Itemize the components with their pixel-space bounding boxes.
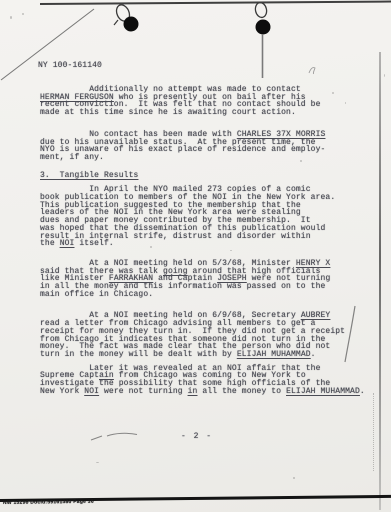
scan-speck	[332, 92, 334, 94]
scan-speck	[384, 74, 385, 77]
paragraph-supreme-captain: Later it was revealed at an NOI affair t…	[40, 365, 376, 396]
punch-hole-right-icon	[256, 20, 271, 35]
paragraph-comic-book: In April the NYO mailed 273 copies of a …	[40, 186, 376, 248]
paragraph-contact-ferguson: Additionally no attempt was made to cont…	[40, 86, 376, 117]
edge-tick-marks	[373, 393, 375, 471]
scan-speck	[293, 477, 295, 479]
page-number: - 2 -	[181, 433, 213, 441]
memo-body: Additionally no attempt was made to cont…	[40, 86, 376, 396]
file-number: NY 100-161140	[38, 62, 102, 70]
scan-speck	[300, 160, 302, 162]
pencil-loop-right-icon	[254, 2, 268, 19]
punch-hole-left-icon	[124, 17, 139, 32]
scan-speck	[22, 13, 24, 15]
paragraph-meeting-5-3-68: At a NOI meeting held on 5/3/68, Ministe…	[40, 260, 376, 299]
page-number-squiggle	[91, 433, 137, 440]
section-heading-tangible-results: 3. Tangible Results	[40, 172, 376, 180]
check-mark-icon	[309, 68, 315, 74]
scan-speck	[150, 246, 152, 248]
paragraph-contact-morris: No contact has been made with CHARLES 37…	[40, 131, 376, 162]
top-edge-line	[40, 2, 391, 5]
scan-speck	[10, 16, 12, 19]
foia-stamp: NW 15298 DocId:59161380 Page 36	[3, 499, 94, 506]
scan-speck	[96, 462, 99, 463]
page-edge-shadow	[379, 52, 381, 510]
document-page: NY 100-161140 Additionally no attempt wa…	[0, 0, 391, 512]
pencil-loop-left-icon	[114, 3, 132, 23]
scan-speck	[345, 102, 346, 104]
scan-speck	[230, 250, 232, 251]
paragraph-meeting-6-9-68: At a NOI meeting held on 6/9/68, Secreta…	[40, 312, 376, 358]
pencil-loop-left-tail	[114, 20, 118, 25]
